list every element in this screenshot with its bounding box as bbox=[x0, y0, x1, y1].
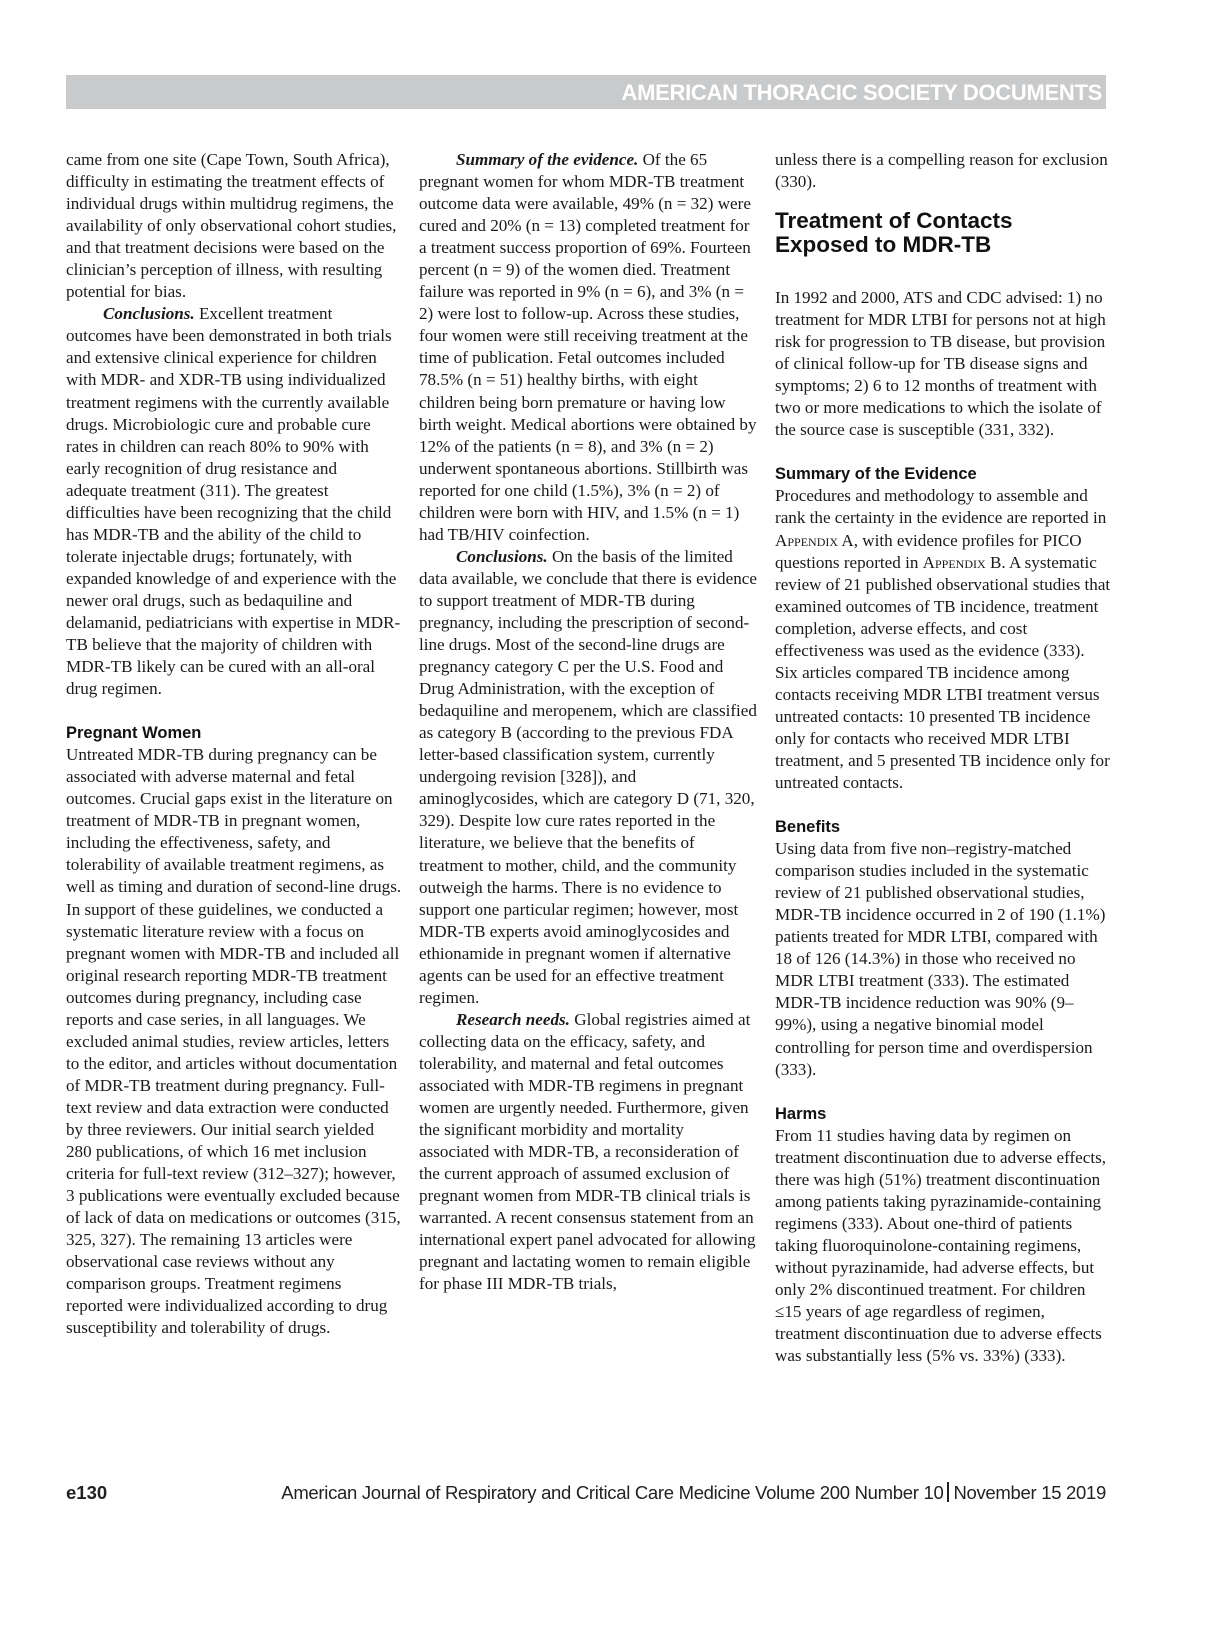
footer-separator bbox=[947, 1482, 949, 1502]
paragraph-lead: Summary of the evidence. bbox=[456, 150, 638, 169]
paragraph: Untreated MDR-TB during pregnancy can be… bbox=[66, 744, 402, 1339]
column-2: Summary of the evidence. Of the 65 pregn… bbox=[419, 149, 757, 1295]
appendix-a-reference: Appendix bbox=[775, 531, 838, 550]
subsection-heading-harms: Harms bbox=[775, 1103, 1111, 1125]
column-3: unless there is a compelling reason for … bbox=[775, 149, 1111, 1367]
paragraph-lead: Research needs. bbox=[456, 1010, 570, 1029]
paragraph: From 11 studies having data by regimen o… bbox=[775, 1125, 1111, 1368]
paragraph: Procedures and methodology to assemble a… bbox=[775, 485, 1111, 794]
section-heading-treatment-of-contacts: Treatment of Contacts Exposed to MDR-TB bbox=[775, 209, 1111, 257]
paragraph-lead: Conclusions. bbox=[103, 304, 195, 323]
paragraph: came from one site (Cape Town, South Afr… bbox=[66, 149, 402, 303]
paragraph-lead: Conclusions. bbox=[456, 547, 548, 566]
subsection-heading-benefits: Benefits bbox=[775, 816, 1111, 838]
paragraph: Using data from five non–registry-matche… bbox=[775, 838, 1111, 1081]
page-number: e130 bbox=[66, 1482, 107, 1504]
section-heading-pregnant-women: Pregnant Women bbox=[66, 722, 402, 744]
subsection-heading-summary-of-evidence: Summary of the Evidence bbox=[775, 463, 1111, 485]
paragraph: Summary of the evidence. Of the 65 pregn… bbox=[419, 149, 757, 546]
appendix-b-reference: Appendix bbox=[923, 553, 986, 572]
paragraph: Conclusions. On the basis of the limited… bbox=[419, 546, 757, 1009]
running-header-title: AMERICAN THORACIC SOCIETY DOCUMENTS bbox=[622, 79, 1102, 107]
paragraph: Conclusions. Excellent treatment outcome… bbox=[66, 303, 402, 700]
column-1: came from one site (Cape Town, South Afr… bbox=[66, 149, 402, 1339]
paragraph: unless there is a compelling reason for … bbox=[775, 149, 1111, 193]
running-header-bar: AMERICAN THORACIC SOCIETY DOCUMENTS bbox=[66, 75, 1106, 109]
journal-citation: American Journal of Respiratory and Crit… bbox=[281, 1482, 1106, 1504]
paragraph: Research needs. Global registries aimed … bbox=[419, 1009, 757, 1296]
paragraph: In 1992 and 2000, ATS and CDC advised: 1… bbox=[775, 287, 1111, 441]
